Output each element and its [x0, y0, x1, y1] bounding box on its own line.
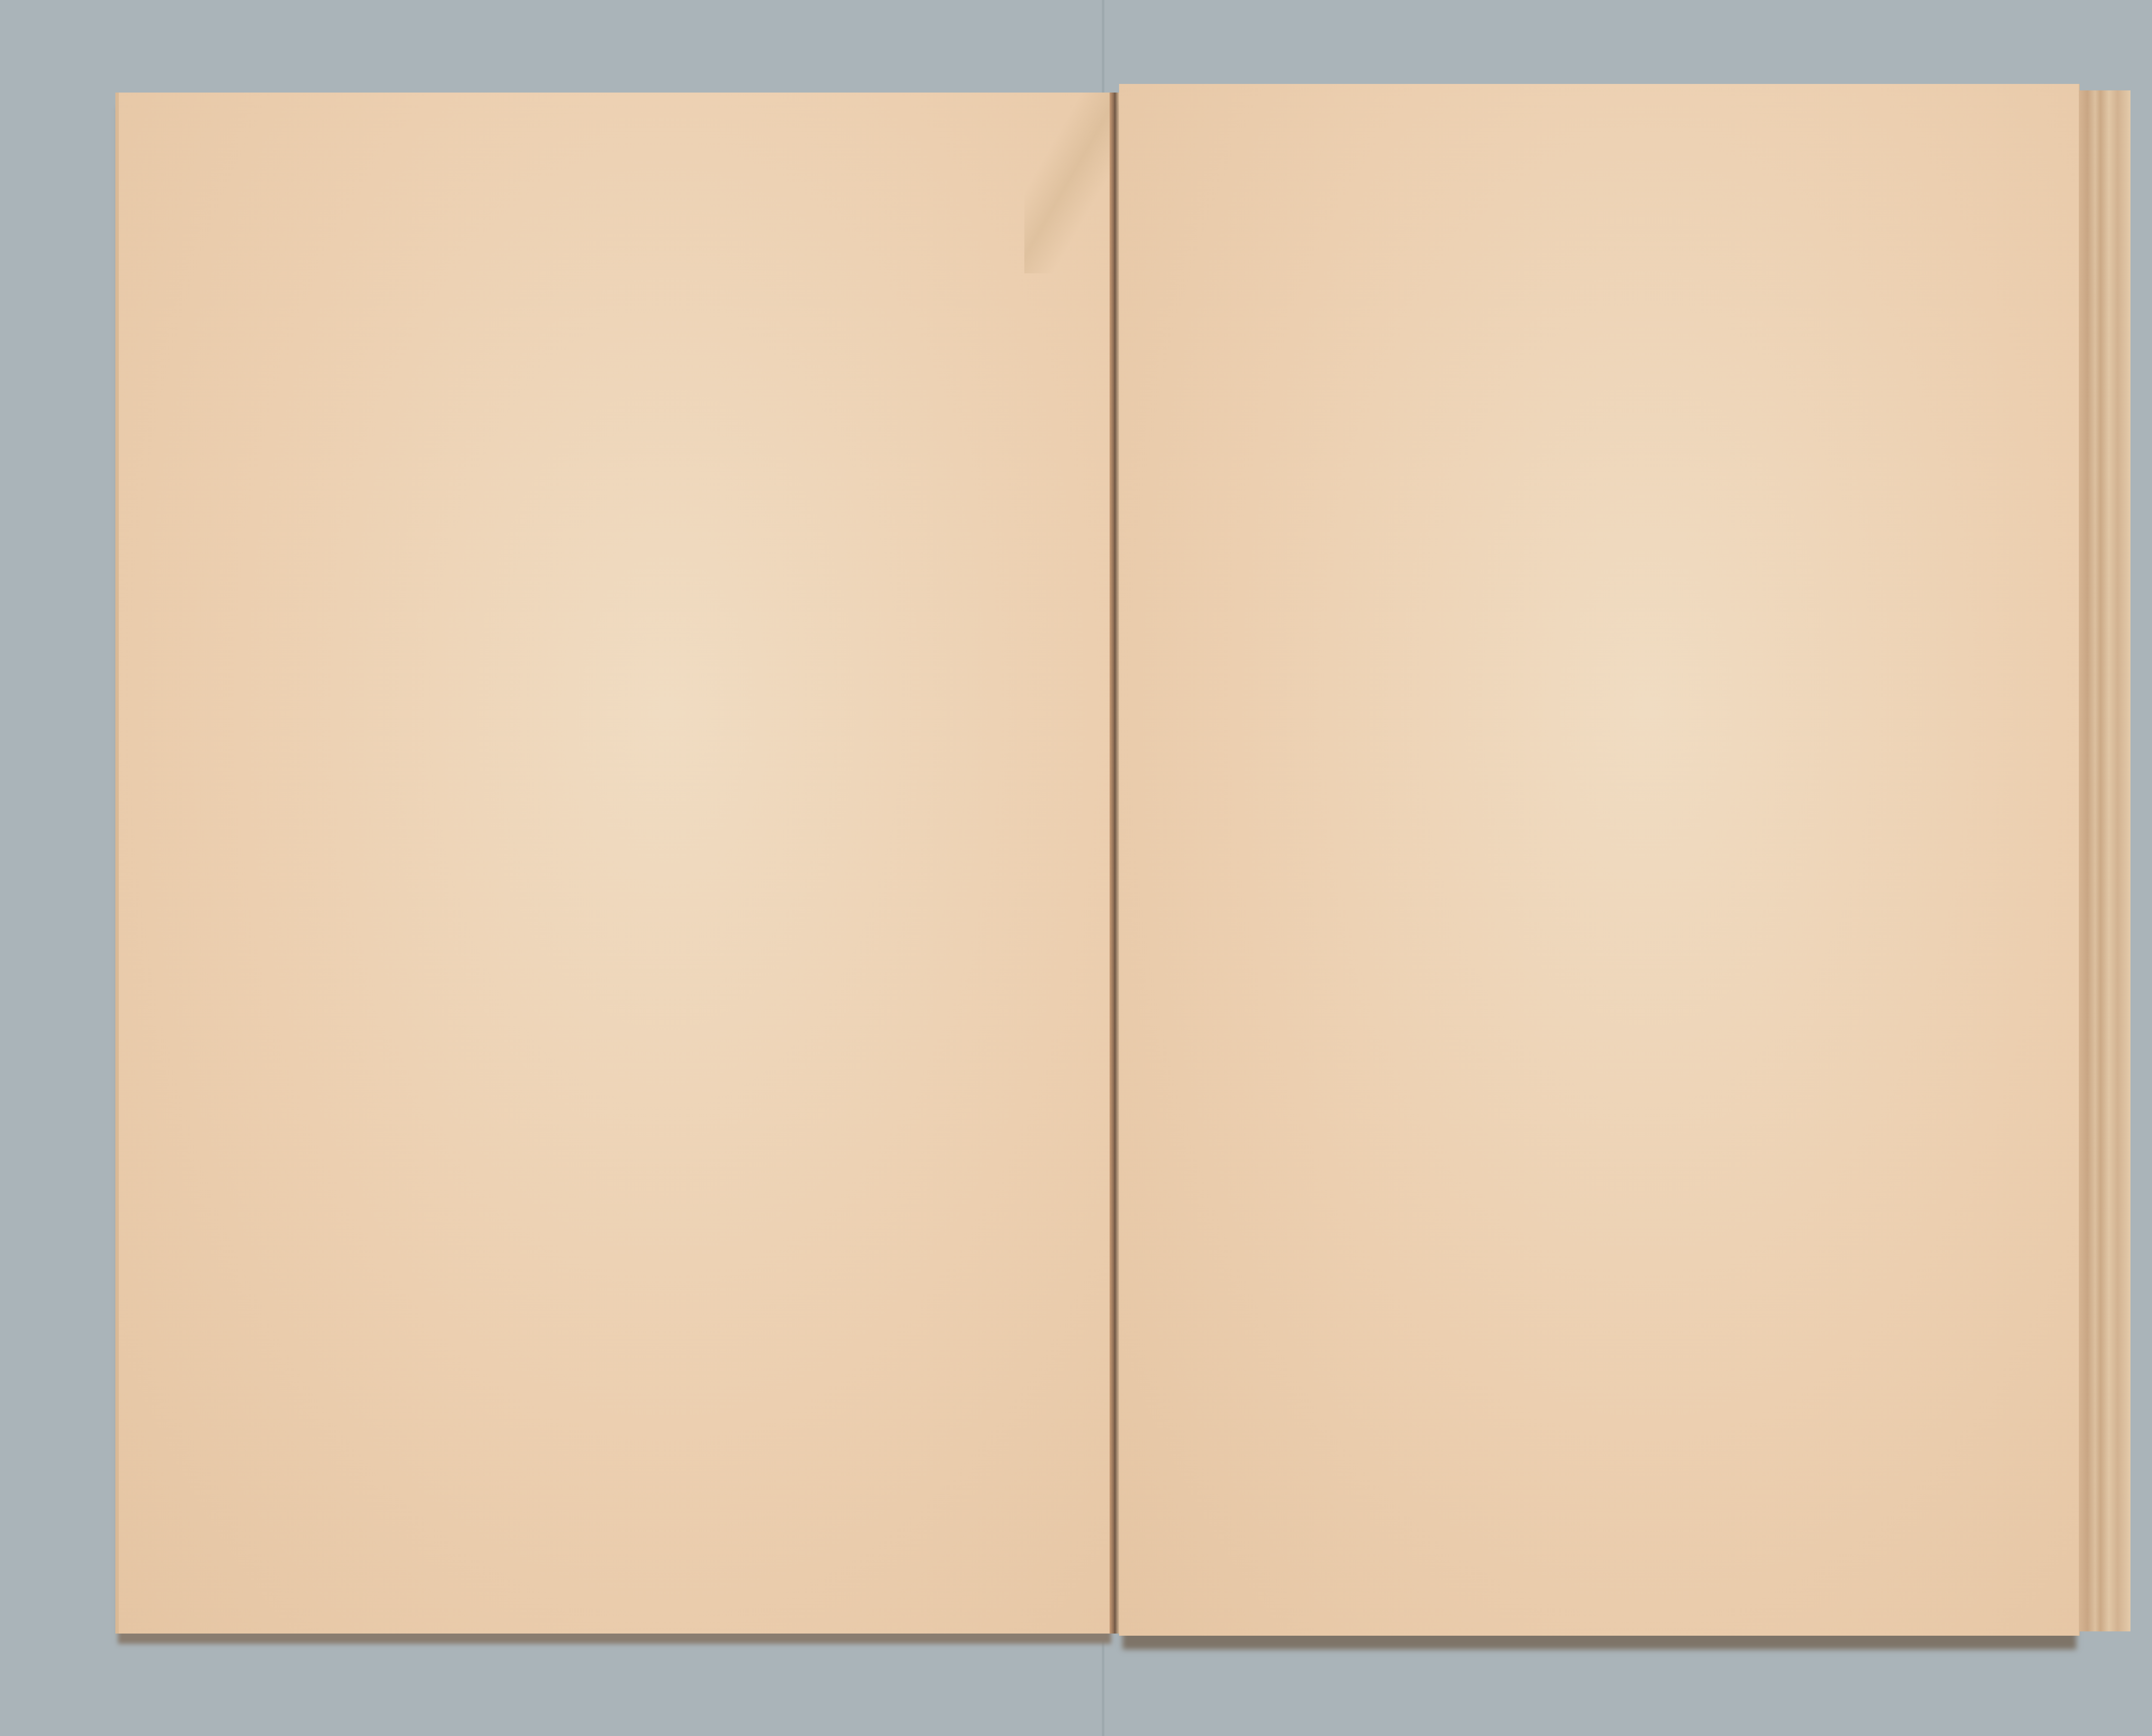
page-stack-edge — [2079, 90, 2130, 1631]
page-crease — [1024, 93, 1110, 273]
left-page — [115, 93, 1114, 1634]
book-gutter — [1110, 93, 1119, 1634]
right-page — [1119, 84, 2080, 1636]
